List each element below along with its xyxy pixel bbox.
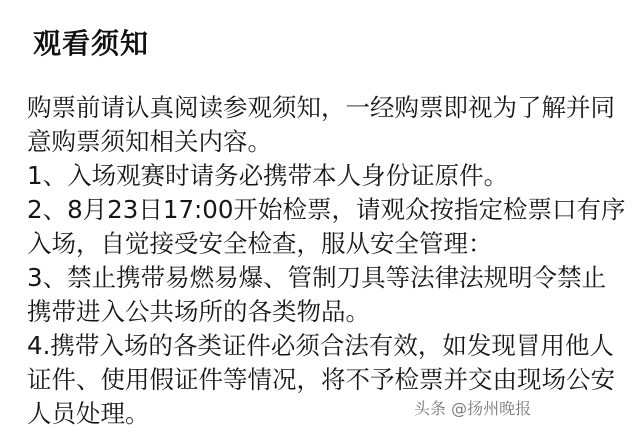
notice-item-4-line-1: 4.携带入场的各类证件必须合法有效，如发现冒用他人 (27, 329, 617, 363)
notice-item-2-line-1: 2、8月23日17:00开始检票，请观众按指定检票口有序 (27, 193, 617, 227)
notice-line-intro-1: 购票前请认真阅读参观须知，一经购票即视为了解并同 (27, 91, 617, 125)
notice-item-3-line-2: 携带进入公共场所的各类物品。 (27, 295, 617, 329)
notice-line-intro-2: 意购票须知相关内容。 (27, 125, 617, 159)
source-watermark: 头条 @扬州晚报 (414, 398, 531, 420)
notice-item-2-line-2: 入场，自觉接受安全检查，服从安全管理： (27, 227, 617, 261)
page-title: 观看须知 (33, 26, 149, 62)
notice-item-3-line-1: 3、禁止携带易燃易爆、管制刀具等法律法规明令禁止 (27, 261, 617, 295)
notice-item-1: 1、入场观赛时请务必携带本人身份证原件。 (27, 159, 617, 193)
notice-body: 购票前请认真阅读参观须知，一经购票即视为了解并同 意购票须知相关内容。 1、入场… (27, 91, 617, 431)
notice-item-4-line-2: 证件、使用假证件等情况，将不予检票并交由现场公安 (27, 363, 617, 397)
